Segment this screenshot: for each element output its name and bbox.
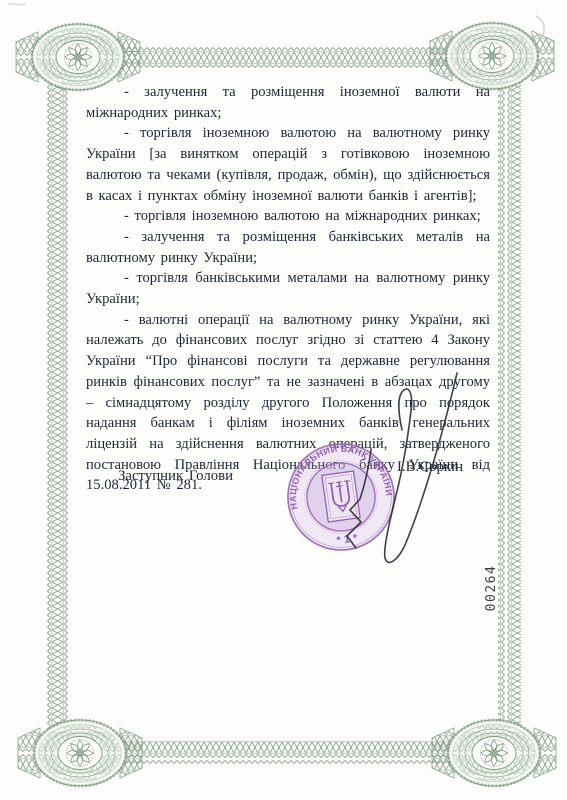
paragraph: - торгівля банківськими металами на валю…: [86, 268, 490, 309]
signer-name: І.В.Соркін: [397, 459, 463, 476]
document-body: - залучення та розміщення іноземної валю…: [86, 82, 490, 496]
paragraph: - залучення та розміщення банківських ме…: [86, 227, 490, 268]
serial-number: 00264: [484, 556, 500, 620]
paragraph: - залучення та розміщення іноземної валю…: [86, 82, 490, 123]
paragraph: - торгівля іноземною валютою на міжнарод…: [86, 206, 490, 227]
signer-title: Заступник Голови: [118, 468, 233, 485]
paragraph: - торгівля іноземною валютою на валютном…: [86, 123, 490, 206]
